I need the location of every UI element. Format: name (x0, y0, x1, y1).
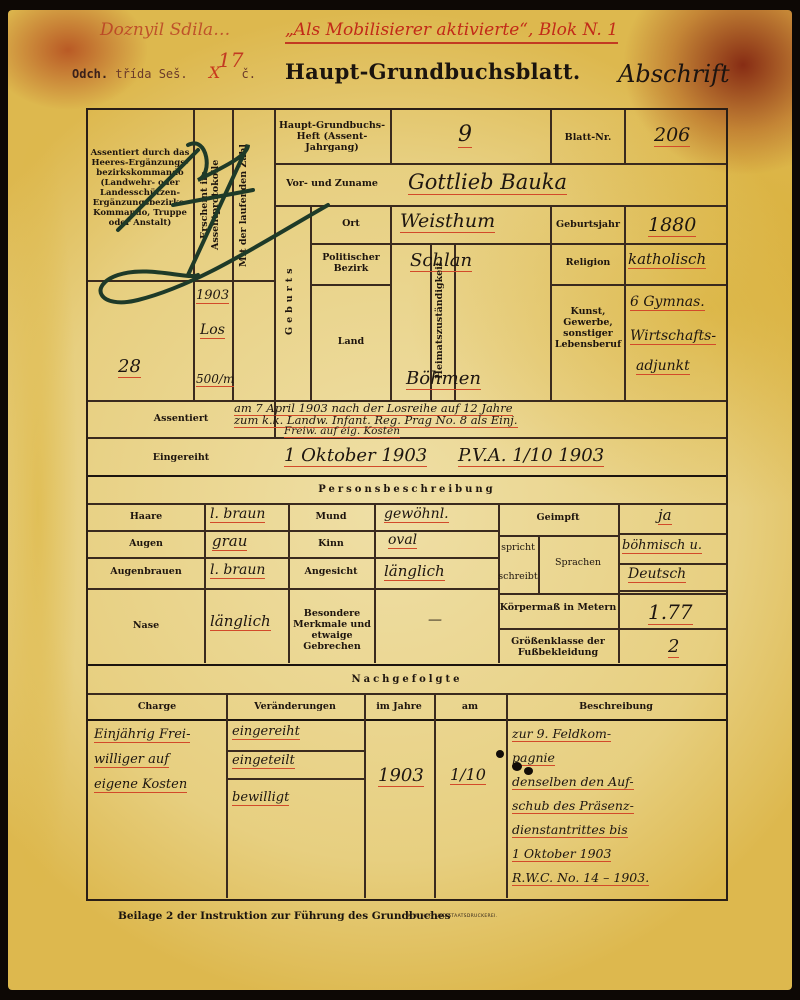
koerpermass-value: 1.77 (648, 600, 693, 624)
mund-label: Mund (288, 511, 374, 522)
nase-label: Nase (88, 620, 204, 631)
blatt-label: Blatt-Nr. (552, 132, 624, 143)
heft-label: Haupt-Grundbuchs-Heft (Assent-Jahrgang) (276, 120, 388, 153)
merkmale-value: — (428, 612, 442, 628)
footer-printer: K. K. HOF- UND STAATSDRUCKEREI. (408, 914, 497, 919)
veraenderung-3: bewilligt (232, 790, 289, 805)
heft-value: 9 (458, 122, 472, 147)
mund-value: gewöhnl. (384, 506, 449, 522)
ink-blot (496, 750, 504, 758)
sprachen-value-1: böhmisch u. (622, 538, 702, 553)
bezirk-label: Politischer Bezirk (312, 252, 390, 274)
eingereiht-label: Eingereiht (88, 452, 274, 463)
col-charge: Charge (88, 701, 226, 712)
eingereiht-value: 1 Oktober 1903 (284, 445, 427, 466)
protokoll-number: 500/m (196, 372, 234, 386)
cislo-value: 17 (218, 48, 243, 72)
trida-label: třída Seš. (115, 67, 187, 81)
ort-value: Weisthum (400, 210, 495, 232)
blatt-value: 206 (654, 124, 690, 146)
augen-value: grau (212, 532, 247, 550)
name-label: Vor- und Zuname (276, 178, 388, 189)
personsbeschreibung-title: Personsbeschreibung (88, 484, 726, 495)
beruf-label: Kunst, Gewerbe, sonstiger Lebensberuf (552, 306, 624, 350)
top-note-left: Doznyil Sdila… (100, 20, 230, 40)
cislo-label: č. (241, 67, 255, 81)
geburtsjahr-label: Geburtsjahr (552, 219, 624, 230)
ink-blot (524, 767, 533, 775)
assentiert-durch-value: 28 (118, 356, 141, 377)
geimpft-value: ja (658, 506, 672, 524)
spricht-label: spricht (498, 542, 538, 553)
schreibt-label: schreibt (498, 571, 538, 582)
geimpft-label: Geimpft (498, 512, 618, 523)
odch-label: Odch. (72, 67, 108, 81)
ort-label: Ort (312, 218, 390, 229)
angesicht-value: länglich (384, 562, 445, 580)
am-value: 1/10 (450, 765, 486, 784)
haare-value: l. braun (210, 506, 265, 522)
religion-label: Religion (552, 257, 624, 268)
sprachen-value-2: Deutsch (628, 566, 686, 582)
charge-value: Einjährig Frei- williger auf eigene Kost… (94, 722, 190, 797)
green-pen-mark (78, 135, 378, 335)
haare-label: Haare (88, 511, 204, 522)
name-value: Gottlieb Bauka (408, 170, 567, 194)
geburtsjahr-value: 1880 (648, 214, 696, 236)
land-label: Land (312, 336, 390, 347)
fuss-value: 2 (668, 636, 679, 657)
heimat-label: Heimatszuständigkeit (434, 260, 445, 380)
religion-value: katholisch (628, 250, 706, 268)
page-title: Haupt-Grundbuchsblatt. (285, 59, 580, 84)
col-veraenderungen: Veränderungen (226, 701, 364, 712)
nachgefolgte-title: Nachgefolgte (88, 674, 726, 685)
top-note-right: „Als Mobilisierer aktivierte“, Blok N. 1 (285, 20, 618, 44)
geburts-label: Geburts (284, 220, 295, 380)
beschreibung-value: zur 9. Feldkom- pagnie denselben den Auf… (512, 722, 649, 890)
ink-blot (512, 762, 522, 771)
beruf-line-3: adjunkt (636, 358, 690, 374)
kinn-value: oval (388, 532, 417, 548)
merkmale-label: Besondere Merkmale und etwaige Gebrechen (290, 608, 374, 652)
col-beschreibung: Beschreibung (506, 701, 726, 712)
beruf-line-1: 6 Gymnas. (630, 294, 705, 310)
nase-value: länglich (210, 612, 271, 630)
footer-note: Beilage 2 der Instruktion zur Führung de… (118, 910, 450, 922)
sprachen-label: Sprachen (538, 557, 618, 568)
copy-mark: Abschrift (618, 60, 730, 88)
augenbrauen-label: Augenbrauen (88, 566, 204, 577)
beruf-line-2: Wirtschafts- (630, 328, 716, 344)
eingereiht-ref: P.V.A. 1/10 1903 (458, 445, 604, 466)
koerpermass-label: Körpermaß in Metern (498, 602, 618, 613)
augenbrauen-value: l. braun (210, 562, 265, 578)
fuss-label: Größenklasse der Fußbekleidung (498, 636, 618, 658)
angesicht-label: Angesicht (288, 566, 374, 577)
jahr-value: 1903 (378, 765, 424, 786)
veraenderung-1: eingereiht (232, 724, 300, 739)
augen-label: Augen (88, 538, 204, 549)
register-table: Assentiert durch das Heeres-Ergänzungs-b… (86, 108, 728, 901)
col-am: am (434, 701, 506, 712)
assentiert-line-3: Freiw. auf eig. Kosten (284, 426, 400, 437)
kinn-label: Kinn (288, 538, 374, 549)
col-jahr: im Jahre (364, 701, 434, 712)
veraenderung-2: eingeteilt (232, 753, 295, 768)
